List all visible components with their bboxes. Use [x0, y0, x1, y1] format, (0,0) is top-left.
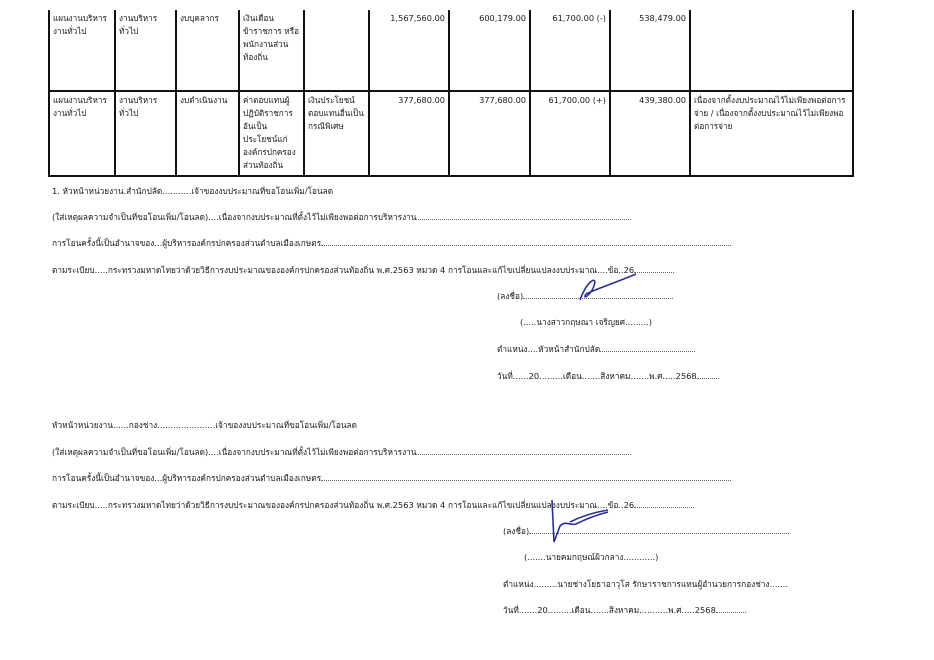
- section1-date: วันที่......20.........เดือน.......สิงหา…: [497, 370, 719, 382]
- transfer-cell: 61,700.00 (+): [530, 91, 610, 176]
- section2-name: (.......นายคมกฤษณ์ผิวกลาง............): [524, 551, 658, 563]
- budget-transfer-table: แผนงานบริหารงานทั่วไป งานบริหารทั่วไป งบ…: [48, 10, 854, 177]
- section2-head: หัวหน้าหน่วยงาน......กองช่าง............…: [52, 419, 357, 431]
- work-cell: งานบริหารทั่วไป: [115, 91, 176, 176]
- before-transfer-cell: 377,680.00: [449, 91, 530, 176]
- approved-cell: 377,680.00: [369, 91, 449, 176]
- before-transfer-cell: 600,179.00: [449, 10, 530, 91]
- section2-date: วันที่.......20.........เดือน.......สิงห…: [503, 604, 746, 616]
- after-transfer-cell: 439,380.00: [610, 91, 690, 176]
- section2-reason: (ใส่เหตุผลความจำเป็นที่ขอโอนเพิ่ม/โอนลด)…: [52, 446, 631, 458]
- section1-authority: การโอนครั้งนี้เป็นอำนาจของ...ผู้บริหารอง…: [52, 237, 731, 249]
- category-cell: ค่าตอบแทนผู้ปฏิบัติราชการอันเป็นประโยชน์…: [239, 91, 304, 176]
- plan-cell: แผนงานบริหารงานทั่วไป: [49, 10, 115, 91]
- item-cell: [304, 10, 369, 91]
- section2-authority: การโอนครั้งนี้เป็นอำนาจของ...ผู้บริหารอง…: [52, 472, 731, 484]
- category-cell: เงินเดือนข้าราชการ หรือพนักงานส่วนท้องถิ…: [239, 10, 304, 91]
- signature-1-icon: [572, 272, 642, 304]
- section2-signature-line: (ลงชื่อ): [503, 525, 789, 537]
- section1-position: ตำแหน่ง....หัวหน้าสำนักปลัด: [497, 343, 695, 355]
- transfer-cell: 61,700.00 (-): [530, 10, 610, 91]
- section2-position: ตำแหน่ง.........นายช่างโยธาอาวุโส รักษาร…: [503, 578, 788, 590]
- section1-head: 1. หัวหน้าหน่วยงาน.สำนักปลัด...........เ…: [52, 185, 333, 197]
- table-row: แผนงานบริหารงานทั่วไป งานบริหารทั่วไป งบ…: [49, 91, 853, 176]
- budget-type-cell: งบดำเนินงาน: [176, 91, 239, 176]
- table-row: แผนงานบริหารงานทั่วไป งานบริหารทั่วไป งบ…: [49, 10, 853, 91]
- item-cell: เงินประโยชน์ตอบแทนอื่นเป็นกรณีพิเศษ: [304, 91, 369, 176]
- work-cell: งานบริหารทั่วไป: [115, 10, 176, 91]
- plan-cell: แผนงานบริหารงานทั่วไป: [49, 91, 115, 176]
- reason-cell: [690, 10, 853, 91]
- signature-2-icon: [548, 496, 618, 546]
- section1-name: (.....นางสาวกฤษณา เจริญยศ.........): [520, 316, 652, 328]
- after-transfer-cell: 538,479.00: [610, 10, 690, 91]
- budget-type-cell: งบบุคลากร: [176, 10, 239, 91]
- section1-reason: (ใส่เหตุผลความจำเป็นที่ขอโอนเพิ่ม/โอนลด)…: [52, 211, 631, 223]
- reason-cell: เนื่องจากตั้งงบประมาณไว้ไม่เพียงพอต่อการ…: [690, 91, 853, 176]
- approved-cell: 1,567,560.00: [369, 10, 449, 91]
